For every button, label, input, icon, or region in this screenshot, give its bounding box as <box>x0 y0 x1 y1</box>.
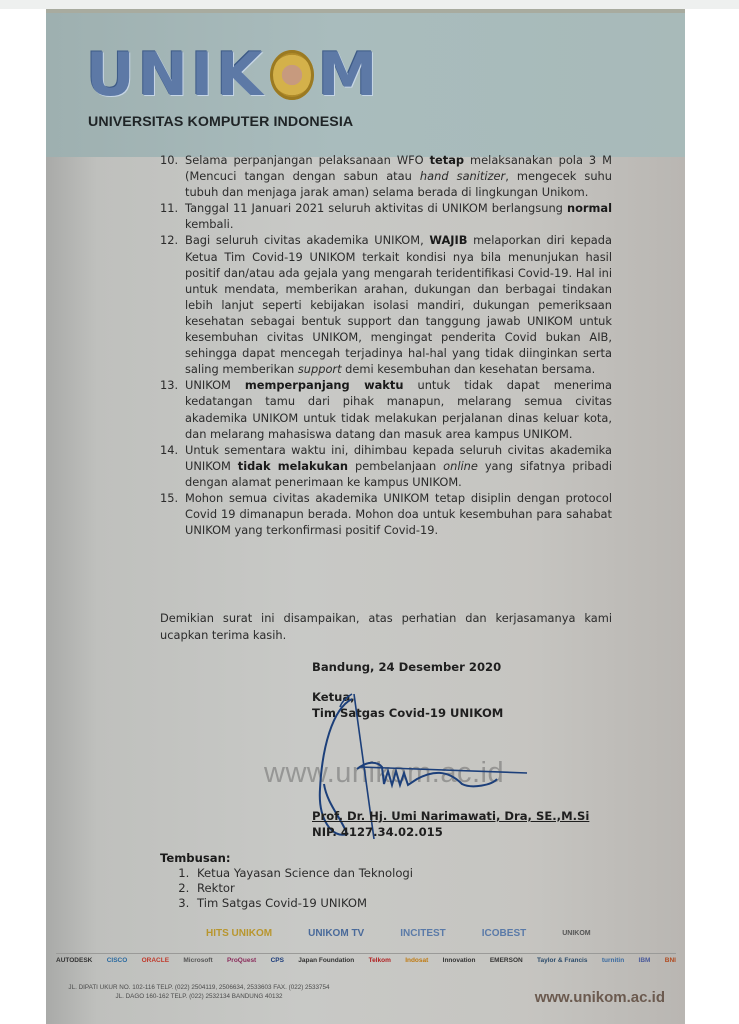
cc-list: Tembusan: Ketua Yayasan Science dan Tekn… <box>160 851 413 911</box>
unikom-emblem-icon: UNIKOM <box>562 930 590 937</box>
list-item: 13.UNIKOM memperpanjang waktu untuk tida… <box>160 377 612 441</box>
partner-logo: ProQuest <box>227 957 256 964</box>
partner-logo: Indosat <box>405 957 428 964</box>
letterhead: UNIK M UNIVERSITAS KOMPUTER INDONESIA <box>46 9 685 157</box>
university-name: UNIVERSITAS KOMPUTER INDONESIA <box>88 114 353 130</box>
signer-name: Prof. Dr. Hj. Umi Narimawati, Dra, SE.,M… <box>312 808 589 824</box>
item-number: 13. <box>160 377 185 441</box>
media-logos: HITS UNIKOM UNIKOM TV INCITEST ICOBEST U… <box>206 928 591 939</box>
item-text: Selama perpanjangan pelaksanaan WFO teta… <box>185 152 612 200</box>
list-item: 12.Bagi seluruh civitas akademika UNIKOM… <box>160 232 612 377</box>
place-date: Bandung, 24 Desember 2020 <box>312 659 503 675</box>
partner-logo: AUTODESK <box>56 957 92 964</box>
partner-logo: Japan Foundation <box>298 957 354 964</box>
university-seal-icon <box>270 50 314 100</box>
item-text: UNIKOM memperpanjang waktu untuk tidak d… <box>185 377 612 441</box>
icobest-logo: ICOBEST <box>482 928 526 939</box>
partner-logo: BNI <box>665 957 676 964</box>
list-item: 14.Untuk sementara waktu ini, dihimbau k… <box>160 442 612 490</box>
item-number: 14. <box>160 442 185 490</box>
closing-paragraph: Demikian surat ini disampaikan, atas per… <box>160 610 612 643</box>
logo-text-right: M <box>318 45 381 105</box>
address-line-2: JL. DAGO 160-162 TELP. (022) 2532134 BAN… <box>54 992 344 1001</box>
partner-logo: ORACLE <box>142 957 169 964</box>
partner-logos: AUTODESKCISCOORACLEMicrosoftProQuestCPSJ… <box>56 957 676 964</box>
signer-info: Prof. Dr. Hj. Umi Narimawati, Dra, SE.,M… <box>312 808 589 840</box>
item-number: 11. <box>160 200 185 232</box>
cc-item: Tim Satgas Covid-19 UNIKOM <box>193 896 413 911</box>
incitest-logo: INCITEST <box>400 928 446 939</box>
item-text: Untuk sementara waktu ini, dihimbau kepa… <box>185 442 612 490</box>
logo-text-left: UNIK <box>86 45 266 105</box>
footer-divider <box>56 953 676 954</box>
address-line-1: JL. DIPATI UKUR NO. 102-116 TELP. (022) … <box>54 983 344 992</box>
partner-logo: EMERSON <box>490 957 523 964</box>
hits-unikom-logo: HITS UNIKOM <box>206 928 272 939</box>
list-item: 10.Selama perpanjangan pelaksanaan WFO t… <box>160 152 612 200</box>
unikom-logo: UNIK M <box>86 45 380 105</box>
partner-logo: Telkom <box>369 957 391 964</box>
signer-nip: NIP. 4127.34.02.015 <box>312 824 589 840</box>
item-text: Tanggal 11 Januari 2021 seluruh aktivita… <box>185 200 612 232</box>
address: JL. DIPATI UKUR NO. 102-116 TELP. (022) … <box>54 983 344 1001</box>
letter-page: UNIK M UNIVERSITAS KOMPUTER INDONESIA 10… <box>46 9 685 1024</box>
cc-title: Tembusan: <box>160 851 413 866</box>
cc-item: Ketua Yayasan Science dan Teknologi <box>193 866 413 881</box>
partner-logo: IBM <box>639 957 651 964</box>
partner-logo: turnitin <box>602 957 624 964</box>
cc-item: Rektor <box>193 881 413 896</box>
partner-logo: CPS <box>271 957 284 964</box>
item-text: Bagi seluruh civitas akademika UNIKOM, W… <box>185 232 612 377</box>
footer-website: www.unikom.ac.id <box>535 989 665 1006</box>
viewer-top-bar <box>0 0 739 9</box>
partner-logo: CISCO <box>107 957 128 964</box>
partner-logo: Taylor & Francis <box>537 957 587 964</box>
item-text: Mohon semua civitas akademika UNIKOM tet… <box>185 490 612 538</box>
list-item: 11.Tanggal 11 Januari 2021 seluruh aktiv… <box>160 200 612 232</box>
item-number: 10. <box>160 152 185 200</box>
item-number: 12. <box>160 232 185 377</box>
item-number: 15. <box>160 490 185 538</box>
list-item: 15.Mohon semua civitas akademika UNIKOM … <box>160 490 612 538</box>
unikom-tv-logo: UNIKOM TV <box>308 928 364 939</box>
partner-logo: Innovation <box>443 957 476 964</box>
letter-items: 10.Selama perpanjangan pelaksanaan WFO t… <box>160 152 612 538</box>
partner-logo: Microsoft <box>183 957 212 964</box>
